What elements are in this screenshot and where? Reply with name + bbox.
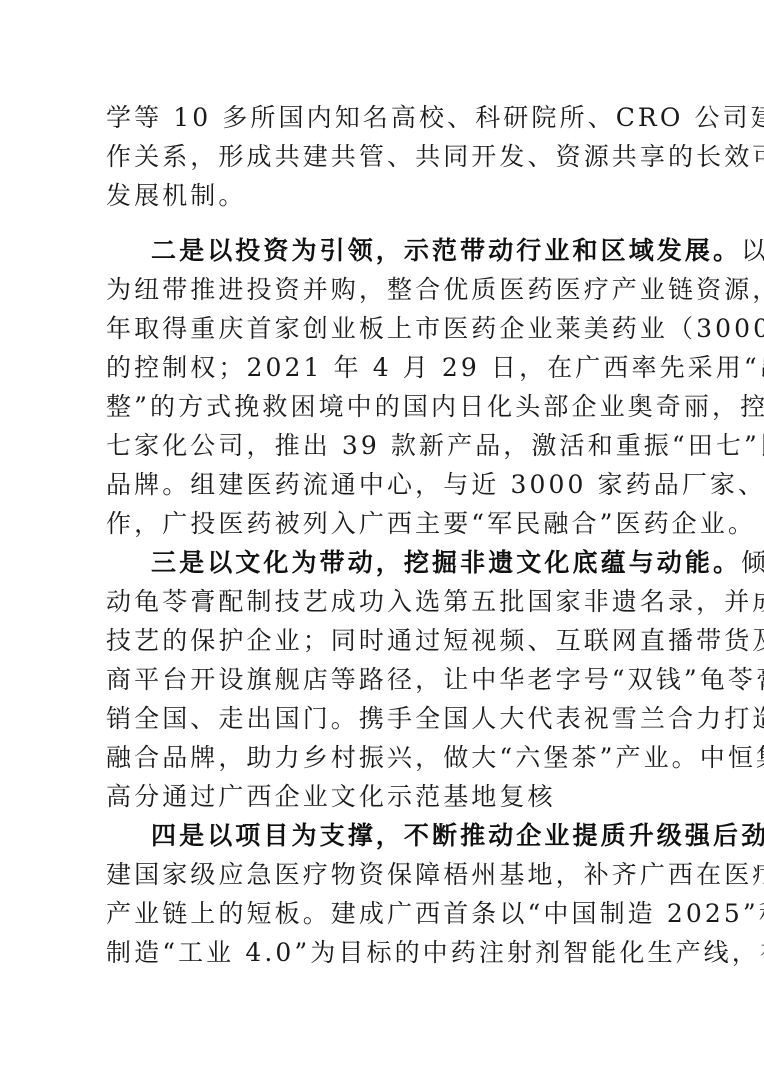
text-line: 建国家级应急医疗物资保障梧州基地，补齐广西在医疗防护 [106,857,662,893]
text-line: 作，广投医药被列入广西主要“军民融合”医药企业。 [106,506,662,542]
document-page: 学等 10 多所国内知名高校、科研院所、CRO 公司建立良好合 作关系，形成共建… [0,0,764,1080]
text-line: 融合品牌，助力乡村振兴，做大“六堡茶”产业。中恒集团 [106,740,662,776]
text-line: 高分通过广西企业文化示范基地复核 [106,779,662,815]
paragraph-heading-line: 四是以项目为支撑，不断推动企业提质升级强后劲。创 [151,818,662,854]
text-line: 商平台开设旗舰店等路径，让中华老字号“双钱”龟苓膏畅 [106,662,662,698]
text-line: 品牌。组建医药流通中心，与近 3000 家药品厂家、机构合 [106,467,662,503]
text-line: 技艺的保护企业；同时通过短视频、互联网直播带货及在电 [106,623,662,659]
paragraph-heading-line: 二是以投资为引领，示范带动行业和区域发展。以资本 [151,233,662,269]
text-line: 产业链上的短板。建成广西首条以“中国制造 2025”和智能 [106,896,662,932]
text-line: 作关系，形成共建共管、共同开发、资源共享的长效可持续 [106,139,662,175]
paragraph-heading-line: 三是以文化为带动，挖掘非遗文化底蕴与动能。倾力推 [151,545,662,581]
text-run: 倾力推 [741,548,764,577]
paragraph-heading: 二是以投资为引领，示范带动行业和区域发展。 [151,236,741,265]
text-run: 以资本 [741,236,764,265]
text-line: 动龟苓膏配制技艺成功入选第五批国家非遗名录，并成为该 [106,584,662,620]
text-line: 制造“工业 4.0”为目标的中药注射剂智能化生产线，在中 [106,935,662,971]
text-line: 的控制权；2021 年 4 月 29 日，在广西率先采用“出售式重 [106,350,662,386]
text-line: 发展机制。 [106,178,662,214]
text-line: 销全国、走出国门。携手全国人大代表祝雪兰合力打造茶旅 [106,701,662,737]
text-line: 整”的方式挽救困境中的国内日化头部企业奥奇丽，控股田 [106,389,662,425]
text-line: 为纽带推进投资并购，整合优质医药医疗产业链资源，2020 [106,272,662,308]
paragraph-heading: 三是以文化为带动，挖掘非遗文化底蕴与动能。 [151,548,741,577]
text-line: 七家化公司，推出 39 款新产品，激活和重振“田七”民族 [106,428,662,464]
text-line: 年取得重庆首家创业板上市医药企业莱美药业（300006.SZ） [106,311,662,347]
paragraph-heading: 四是以项目为支撑，不断推动企业提质升级强后劲。 [151,821,764,850]
text-line: 学等 10 多所国内知名高校、科研院所、CRO 公司建立良好合 [106,100,662,136]
